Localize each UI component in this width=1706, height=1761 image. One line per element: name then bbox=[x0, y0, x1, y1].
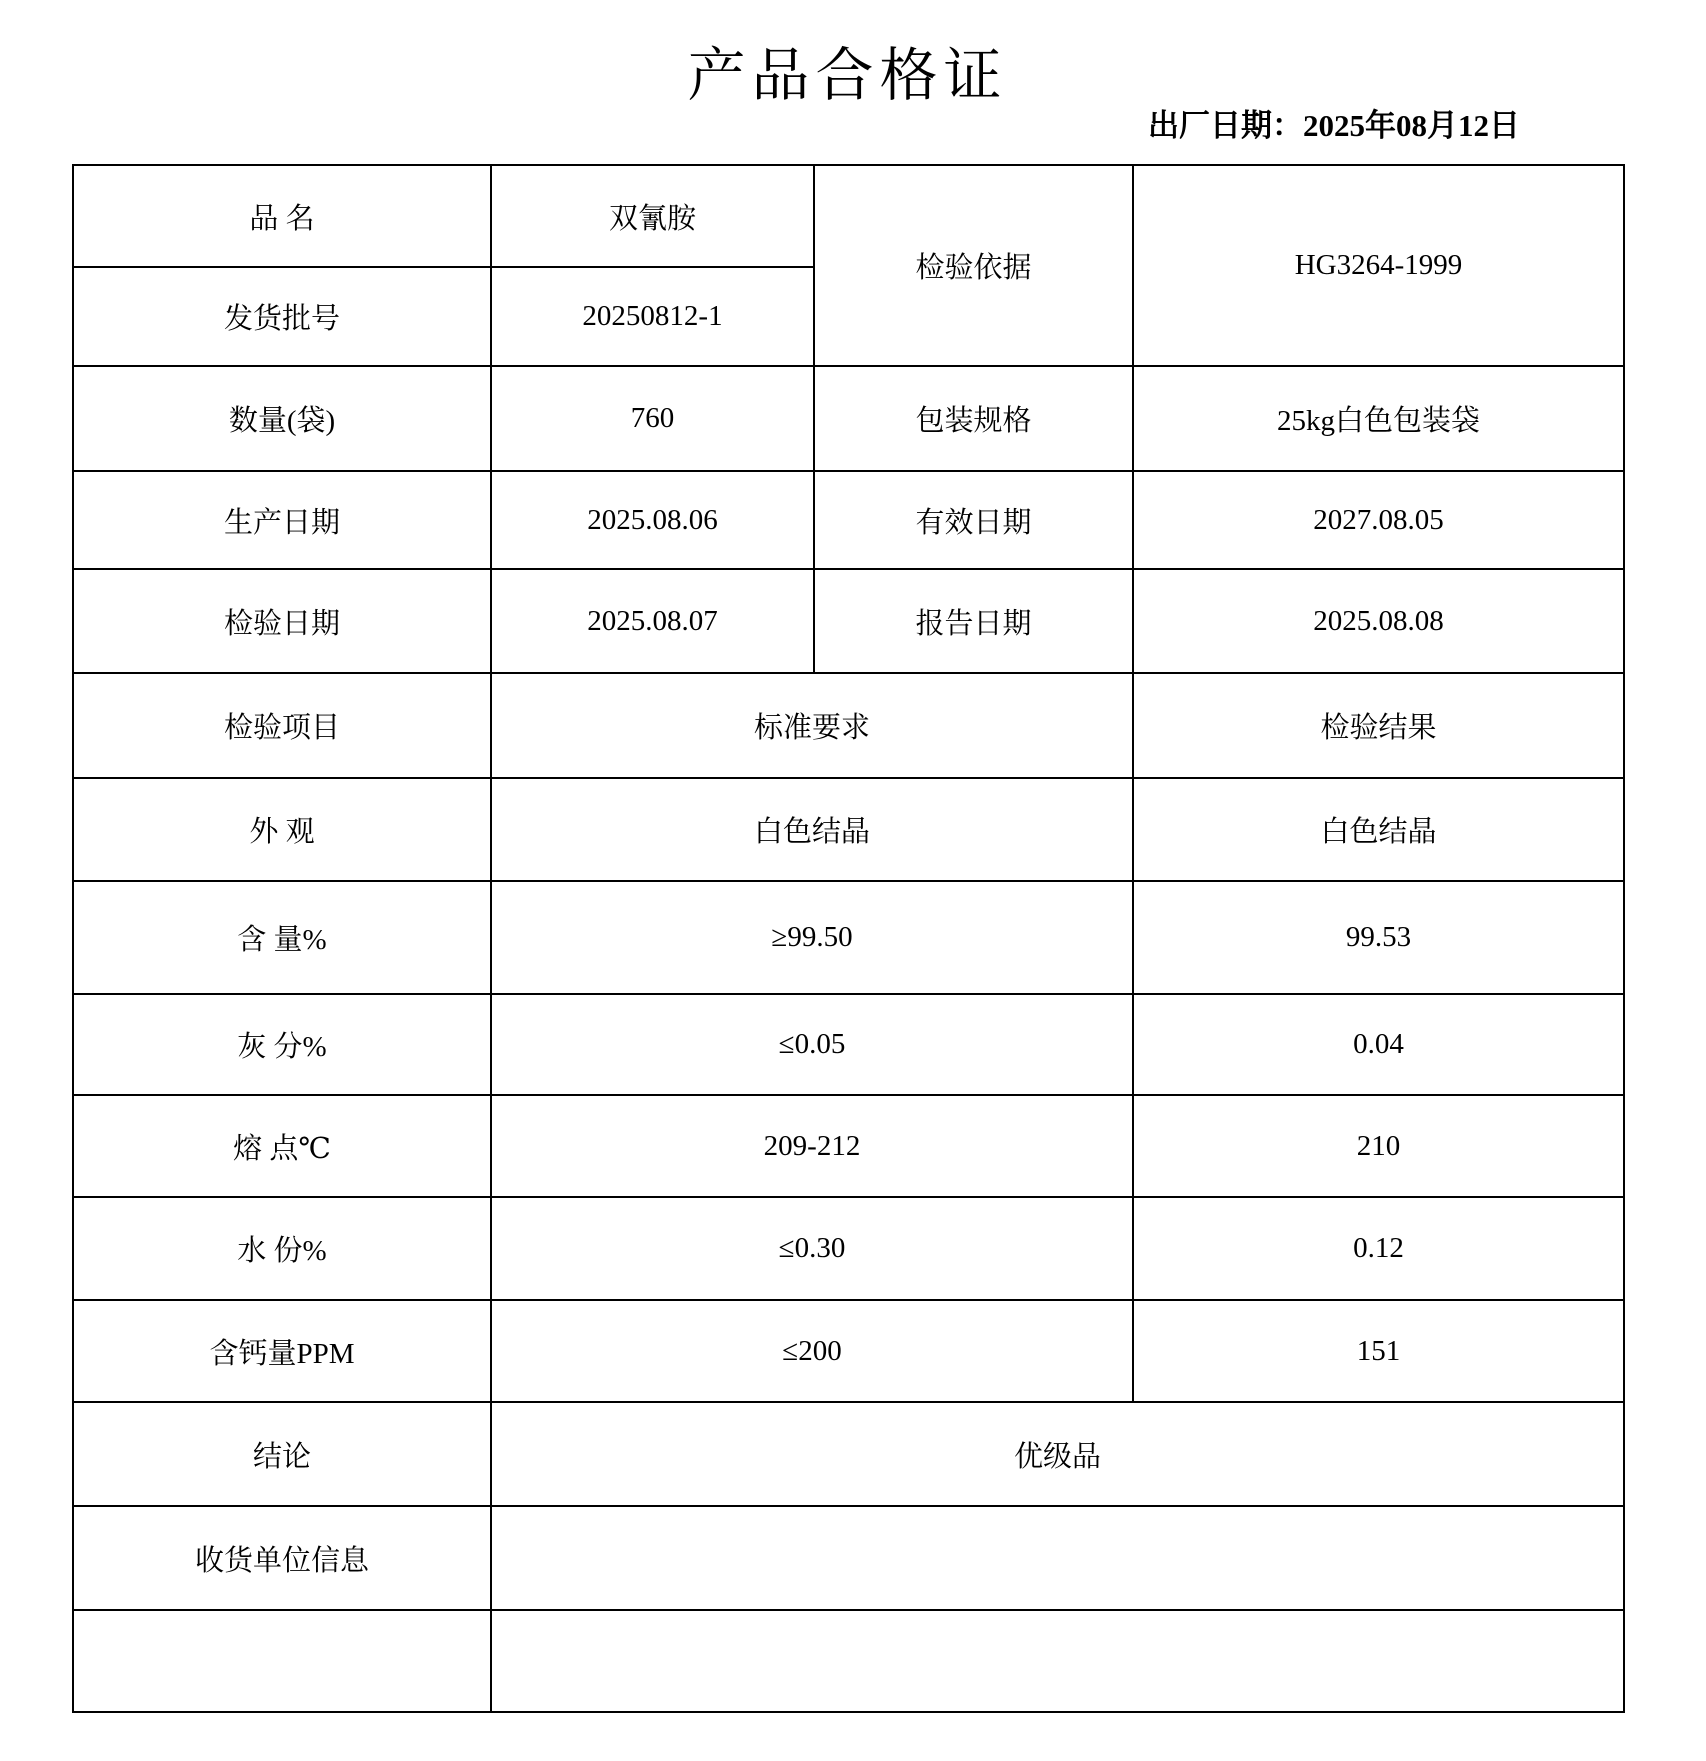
result-item-label: 含 量% bbox=[73, 881, 491, 994]
certificate-table: 品 名 双氰胺 检验依据 HG3264-1999 发货批号 20250812-1… bbox=[72, 164, 1625, 1713]
quantity-value: 760 bbox=[491, 366, 814, 471]
results-header-item: 检验项目 bbox=[73, 673, 491, 778]
quantity-label: 数量(袋) bbox=[73, 366, 491, 471]
receiver-info-value bbox=[491, 1506, 1624, 1610]
row-inspection-date: 检验日期 2025.08.07 报告日期 2025.08.08 bbox=[73, 569, 1624, 673]
blank-cell-value bbox=[491, 1610, 1624, 1712]
production-date-label: 生产日期 bbox=[73, 471, 491, 569]
result-value: 210 bbox=[1133, 1095, 1624, 1197]
conclusion-value: 优级品 bbox=[491, 1402, 1624, 1506]
result-item-label: 水 份% bbox=[73, 1197, 491, 1300]
row-result-calcium: 含钙量PPM ≤200 151 bbox=[73, 1300, 1624, 1402]
package-spec-label: 包装规格 bbox=[814, 366, 1133, 471]
inspection-basis-value: HG3264-1999 bbox=[1133, 165, 1624, 366]
certificate-page: 产品合格证 出厂日期：2025年08月12日 品 名 双氰胺 检验依据 HG32… bbox=[0, 0, 1706, 1761]
result-item-label: 灰 分% bbox=[73, 994, 491, 1095]
row-result-content: 含 量% ≥99.50 99.53 bbox=[73, 881, 1624, 994]
result-value: 151 bbox=[1133, 1300, 1624, 1402]
product-name-value: 双氰胺 bbox=[491, 165, 814, 267]
result-standard: ≤0.05 bbox=[491, 994, 1133, 1095]
row-result-melting-point: 熔 点℃ 209-212 210 bbox=[73, 1095, 1624, 1197]
expiry-date-label: 有效日期 bbox=[814, 471, 1133, 569]
inspection-basis-label: 检验依据 bbox=[814, 165, 1133, 366]
inspection-date-value: 2025.08.07 bbox=[491, 569, 814, 673]
result-item-label: 外 观 bbox=[73, 778, 491, 881]
results-header-result: 检验结果 bbox=[1133, 673, 1624, 778]
result-value: 0.04 bbox=[1133, 994, 1624, 1095]
expiry-date-value: 2027.08.05 bbox=[1133, 471, 1624, 569]
results-header-standard: 标准要求 bbox=[491, 673, 1133, 778]
receiver-info-label: 收货单位信息 bbox=[73, 1506, 491, 1610]
package-spec-value: 25kg白色包装袋 bbox=[1133, 366, 1624, 471]
row-product-name: 品 名 双氰胺 检验依据 HG3264-1999 bbox=[73, 165, 1624, 267]
result-standard: 209-212 bbox=[491, 1095, 1133, 1197]
result-item-label: 含钙量PPM bbox=[73, 1300, 491, 1402]
inspection-date-label: 检验日期 bbox=[73, 569, 491, 673]
blank-cell-label bbox=[73, 1610, 491, 1712]
report-date-value: 2025.08.08 bbox=[1133, 569, 1624, 673]
conclusion-label: 结论 bbox=[73, 1402, 491, 1506]
row-blank bbox=[73, 1610, 1624, 1712]
product-name-label: 品 名 bbox=[73, 165, 491, 267]
row-results-header: 检验项目 标准要求 检验结果 bbox=[73, 673, 1624, 778]
row-receiver-info: 收货单位信息 bbox=[73, 1506, 1624, 1610]
result-standard: ≤200 bbox=[491, 1300, 1133, 1402]
row-conclusion: 结论 优级品 bbox=[73, 1402, 1624, 1506]
shipment-batch-label: 发货批号 bbox=[73, 267, 491, 366]
row-quantity: 数量(袋) 760 包装规格 25kg白色包装袋 bbox=[73, 366, 1624, 471]
result-item-label: 熔 点℃ bbox=[73, 1095, 491, 1197]
row-result-moisture: 水 份% ≤0.30 0.12 bbox=[73, 1197, 1624, 1300]
result-value: 99.53 bbox=[1133, 881, 1624, 994]
report-date-label: 报告日期 bbox=[814, 569, 1133, 673]
factory-date: 出厂日期：2025年08月12日 bbox=[1148, 100, 1520, 145]
result-value: 白色结晶 bbox=[1133, 778, 1624, 881]
shipment-batch-value: 20250812-1 bbox=[491, 267, 814, 366]
production-date-value: 2025.08.06 bbox=[491, 471, 814, 569]
row-result-appearance: 外 观 白色结晶 白色结晶 bbox=[73, 778, 1624, 881]
row-production-date: 生产日期 2025.08.06 有效日期 2027.08.05 bbox=[73, 471, 1624, 569]
result-standard: 白色结晶 bbox=[491, 778, 1133, 881]
row-result-ash: 灰 分% ≤0.05 0.04 bbox=[73, 994, 1624, 1095]
result-standard: ≥99.50 bbox=[491, 881, 1133, 994]
result-standard: ≤0.30 bbox=[491, 1197, 1133, 1300]
result-value: 0.12 bbox=[1133, 1197, 1624, 1300]
